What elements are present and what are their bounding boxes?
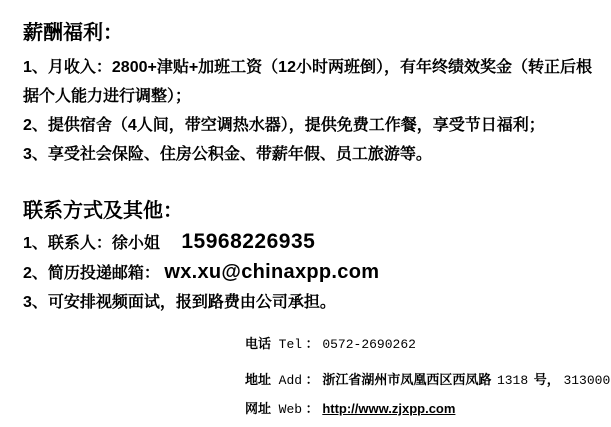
tel-label-en: Tel [279, 337, 302, 352]
address-suffix: 号， [534, 372, 560, 387]
salary-benefits-section: 薪酬福利： 1、月收入：2800+津贴+加班工资（12小时两班倒），有年终绩效奖… [23, 20, 593, 169]
website-line: 网址 Web ： http://www.zjxpp.com [245, 401, 593, 418]
company-contact-block: 电话 Tel ： 0572-2690262 地址 Add ： 浙江省湖州市凤凰西… [245, 336, 593, 418]
web-label-en: Web [279, 402, 302, 417]
contact-section-title: 联系方式及其他： [23, 198, 593, 224]
tel-value: 0572-2690262 [322, 337, 416, 352]
salary-item-monthly-income: 1、月收入：2800+津贴+加班工资（12小时两班倒），有年终绩效奖金（转正后根… [23, 53, 593, 111]
resume-email-address: wx.xu@chinaxpp.com [164, 261, 379, 283]
interview-note-line: 3、可安排视频面试，报到路费由公司承担。 [23, 288, 593, 317]
salary-item-insurance: 3、享受社会保险、住房公积金、带薪年假、员工旅游等。 [23, 140, 593, 169]
contact-info-section: 联系方式及其他： 1、联系人：徐小姐 15968226935 2、简历投递邮箱：… [23, 198, 593, 317]
contact-phone-number: 15968226935 [181, 230, 315, 253]
contact-person-line: 1、联系人：徐小姐 15968226935 [23, 227, 593, 258]
contact-person-label: 1、联系人：徐小姐 [23, 235, 160, 252]
address-separator: ： [306, 372, 319, 387]
address-label-en: Add [279, 373, 302, 388]
address-line: 地址 Add ： 浙江省湖州市凤凰西区西凤路 1318 号， 313000 [245, 372, 593, 389]
address-postcode: 313000 [563, 373, 610, 388]
salary-section-title: 薪酬福利： [23, 20, 593, 46]
website-url-link[interactable]: http://www.zjxpp.com [322, 401, 455, 416]
address-street-number: 1318 [497, 373, 528, 388]
web-label-cn: 网址 [245, 401, 271, 416]
telephone-line: 电话 Tel ： 0572-2690262 [245, 336, 593, 353]
resume-email-label: 2、简历投递邮箱： [23, 265, 160, 282]
web-separator: ： [306, 401, 319, 416]
address-street: 浙江省湖州市凤凰西区西凤路 [322, 372, 491, 387]
document-page: 薪酬福利： 1、月收入：2800+津贴+加班工资（12小时两班倒），有年终绩效奖… [0, 0, 611, 427]
address-label-cn: 地址 [245, 372, 271, 387]
tel-separator: ： [306, 336, 319, 351]
resume-email-line: 2、简历投递邮箱： wx.xu@chinaxpp.com [23, 258, 593, 288]
salary-item-dormitory: 2、提供宿舍（4人间，带空调热水器），提供免费工作餐，享受节日福利； [23, 111, 593, 140]
tel-label-cn: 电话 [245, 336, 271, 351]
